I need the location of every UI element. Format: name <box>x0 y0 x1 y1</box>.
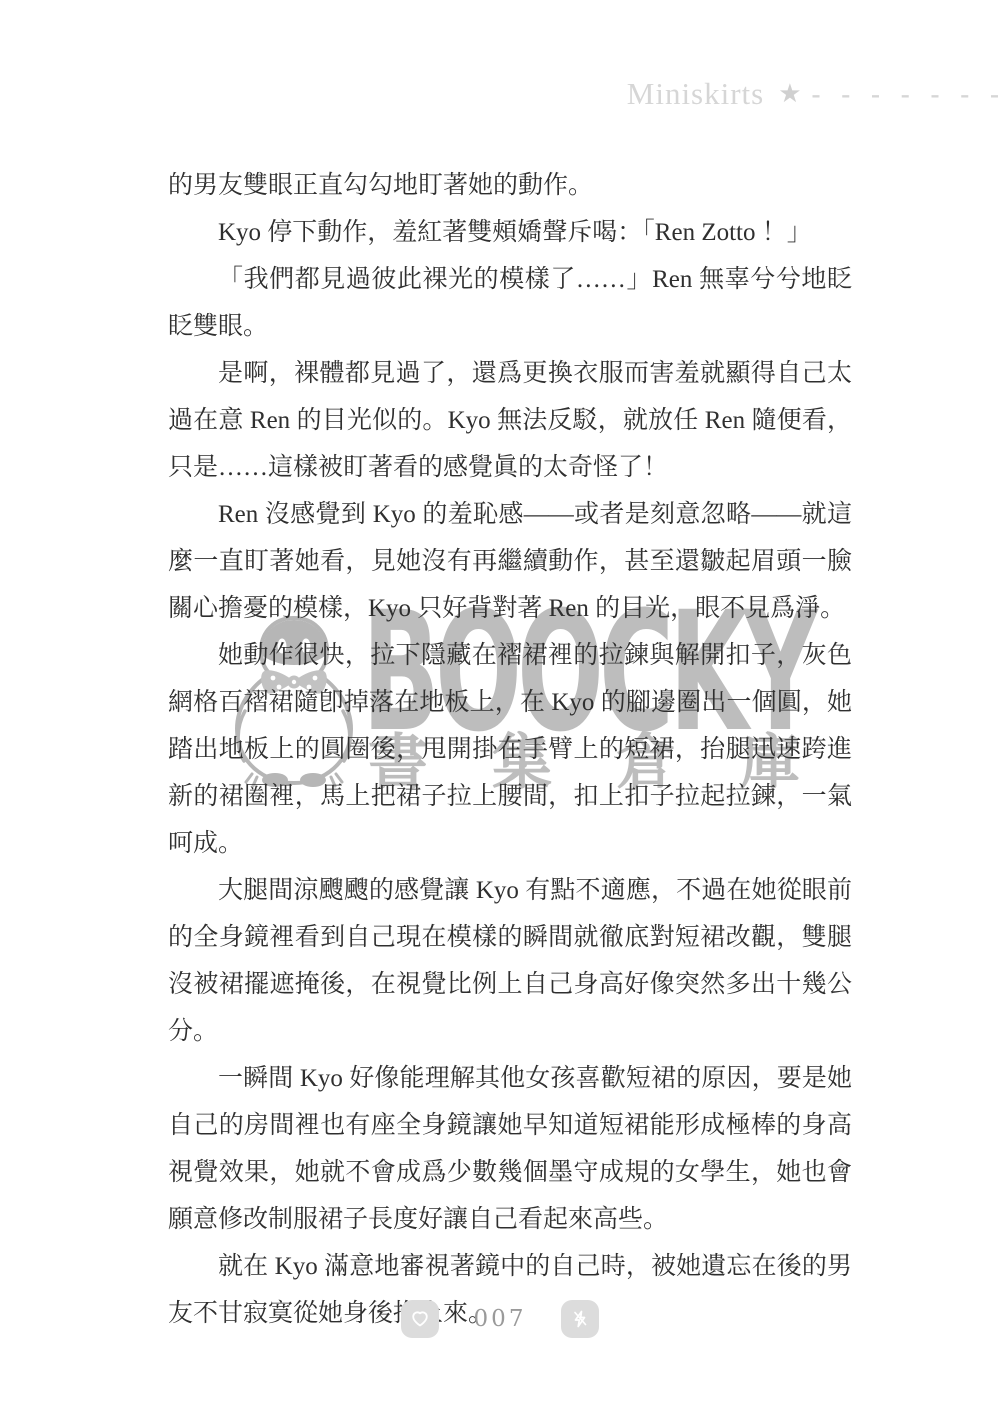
paragraph: Ren 沒感覺到 Kyo 的羞恥感——或者是刻意忽略——就這麼一直盯著她看，見她… <box>168 491 852 632</box>
paragraph: 她動作很快，拉下隱藏在褶裙裡的拉鍊與解開扣子，灰色網格百褶裙隨卽掉落在地板上，在… <box>168 632 852 867</box>
paragraph: 是啊，裸體都見過了，還爲更換衣服而害羞就顯得自己太過在意 Ren 的目光似的。K… <box>168 350 852 491</box>
header-dash-rule: - - - - - - - <box>812 79 1000 110</box>
paragraph: Kyo 停下動作，羞紅著雙頰嬌聲斥喝：「Ren Zotto ！」 <box>168 209 852 256</box>
like-button[interactable] <box>401 1300 439 1338</box>
book-page: Miniskirts ★ - - - - - - - <box>0 0 1000 1403</box>
page-header: Miniskirts ★ - - - - - - - <box>627 76 1000 112</box>
body-text: 的男友雙眼正直勾勾地盯著她的動作。 Kyo 停下動作，羞紅著雙頰嬌聲斥喝：「Re… <box>168 162 852 1337</box>
flash-button[interactable] <box>561 1300 599 1338</box>
paragraph: 大腿間涼颼颼的感覺讓 Kyo 有點不適應，不過在她從眼前的全身鏡裡看到自己現在模… <box>168 867 852 1055</box>
lightning-icon <box>570 1309 590 1329</box>
page-footer: 007 <box>0 1300 1000 1338</box>
page-number: 007 <box>473 1306 527 1332</box>
paragraph: 的男友雙眼正直勾勾地盯著她的動作。 <box>168 162 852 209</box>
chapter-title: Miniskirts <box>627 76 764 112</box>
paragraph: 一瞬間 Kyo 好像能理解其他女孩喜歡短裙的原因，要是她自己的房間裡也有座全身鏡… <box>168 1055 852 1243</box>
paragraph: 「我們都見過彼此裸光的模樣了……」Ren 無辜兮兮地眨眨雙眼。 <box>168 256 852 350</box>
heart-icon <box>410 1309 430 1329</box>
star-icon: ★ <box>778 81 801 107</box>
